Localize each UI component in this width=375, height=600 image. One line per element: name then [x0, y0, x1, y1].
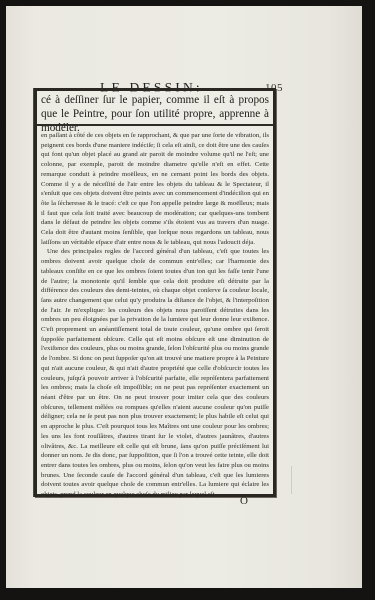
divider-rule — [37, 124, 273, 126]
paper-crease — [291, 466, 292, 494]
book-page: LE DESSIN: 105 cé à deſſiner ſur le papi… — [6, 6, 362, 588]
body-text: en paſſant à côté de ces objets en ſe ra… — [41, 131, 269, 500]
text-frame: cé à deſſiner ſur le papier, comme il eſ… — [34, 88, 276, 497]
signature-mark: O — [240, 495, 248, 507]
paragraph: en paſſant à côté de ces objets en ſe ra… — [41, 131, 269, 247]
lead-text: cé à deſſiner ſur le papier, comme il eſ… — [41, 93, 269, 135]
paragraph: Une des principales regles de l'accord g… — [41, 247, 269, 499]
